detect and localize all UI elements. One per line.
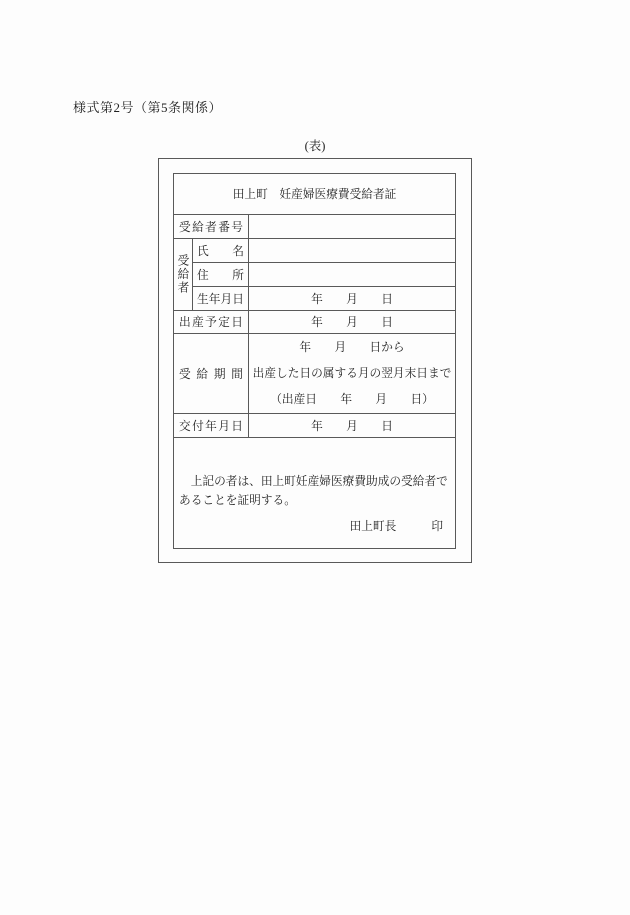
birthdate-label: 生年月日 [193, 291, 248, 307]
certificate-table: 田上町 妊産婦医療費受給者証 受給者番号 受給者 氏名 [173, 173, 456, 549]
certification-cell: 上記の者は、田上町妊産婦医療費助成の受給者であることを証明する。 田上町長 印 [174, 438, 456, 549]
due-date-row: 出産予定日 年 月 日 [174, 311, 456, 334]
certification-note: 上記の者は、田上町妊産婦医療費助成の受給者であることを証明する。 [179, 473, 450, 510]
document-page: 様式第2号（第5条関係） (表) 田上町 妊産婦医療費受給者証 受給者番号 [0, 0, 630, 915]
issue-date-row: 交付年月日 年 月 日 [174, 414, 456, 438]
benefit-period-line3: （出産日 年 月 日） [249, 387, 455, 413]
certificate-title: 田上町 妊産婦医療費受給者証 [174, 174, 456, 215]
benefit-period-row: 受給期間 年 月 日から 出産した日の属する月の翌月末日まで （出産日 年 月 … [174, 334, 456, 414]
benefit-period-line2: 出産した日の属する月の翌月末日まで [249, 361, 455, 387]
address-value [249, 263, 456, 287]
issue-date-label-cell: 交付年月日 [174, 414, 249, 438]
birthdate-value: 年 月 日 [249, 287, 456, 311]
recipient-group-cell: 受給者 [174, 239, 193, 311]
certification-row: 上記の者は、田上町妊産婦医療費助成の受給者であることを証明する。 田上町長 印 [174, 438, 456, 549]
recipient-group-wrap: 受給者 [174, 254, 192, 295]
address-row: 住所 [174, 263, 456, 287]
seal-mark: 印 [431, 518, 443, 537]
name-label: 氏名 [193, 243, 248, 259]
address-label-cell: 住所 [193, 263, 249, 287]
recipient-number-label-cell: 受給者番号 [174, 215, 249, 239]
recipient-number-label: 受給者番号 [174, 219, 248, 235]
recipient-number-value [249, 215, 456, 239]
issue-date-label: 交付年月日 [174, 418, 248, 434]
due-date-value: 年 月 日 [249, 311, 456, 334]
certificate-outer-border: 田上町 妊産婦医療費受給者証 受給者番号 受給者 氏名 [158, 158, 472, 563]
benefit-period-label-cell: 受給期間 [174, 334, 249, 414]
benefit-period-value-cell: 年 月 日から 出産した日の属する月の翌月末日まで （出産日 年 月 日） [249, 334, 456, 414]
stamp-line: 田上町長 印 [174, 518, 455, 537]
due-date-label-cell: 出産予定日 [174, 311, 249, 334]
recipient-number-row: 受給者番号 [174, 215, 456, 239]
side-indicator-label: (表) [158, 136, 472, 154]
benefit-period-line1: 年 月 日から [249, 335, 455, 361]
title-row: 田上町 妊産婦医療費受給者証 [174, 174, 456, 215]
issue-date-value: 年 月 日 [249, 414, 456, 438]
name-value [249, 239, 456, 263]
mayor-signature-label: 田上町長 [350, 518, 397, 537]
name-label-cell: 氏名 [193, 239, 249, 263]
due-date-label: 出産予定日 [174, 314, 248, 330]
birthdate-label-cell: 生年月日 [193, 287, 249, 311]
benefit-period-label: 受給期間 [174, 366, 248, 382]
address-label: 住所 [193, 267, 248, 283]
recipient-group-vertical-label: 受給者 [174, 254, 193, 295]
birthdate-row: 生年月日 年 月 日 [174, 287, 456, 311]
form-number-label: 様式第2号（第5条関係） [73, 97, 222, 116]
name-row: 受給者 氏名 [174, 239, 456, 263]
